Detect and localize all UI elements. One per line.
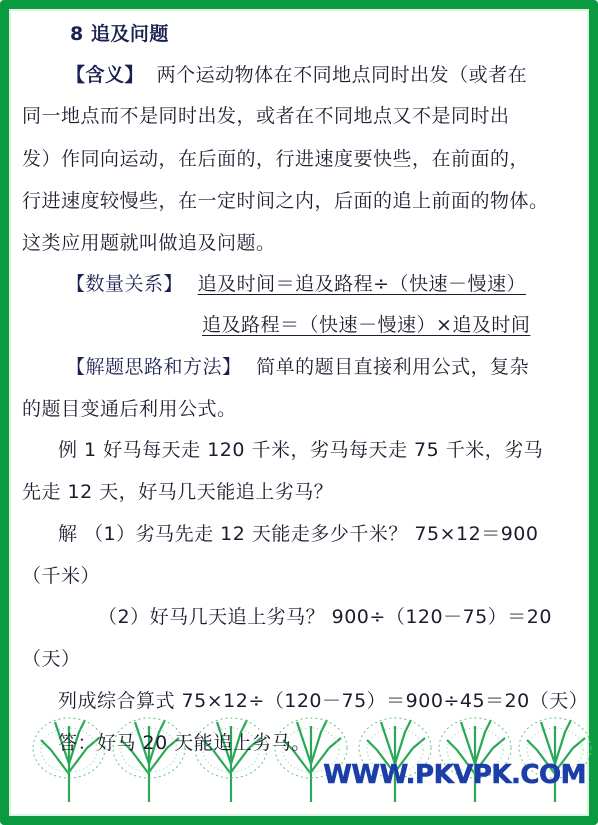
example-line: 先走 12 天，好马几天能追上劣马？ [22, 480, 333, 504]
solution-step-2-unit: （天） [22, 647, 81, 671]
tree-icon [191, 712, 271, 802]
relations-first-line: 【数量关系】 追及时间＝追及路程÷（快速－慢速） [66, 272, 526, 296]
definition-line: 行进速度较慢些，在一定时间之内，后面的追上前面的物体。 [22, 189, 549, 213]
tree-icon [29, 712, 109, 802]
definition-line: 发）作同向运动，在后面的，行进速度要快些，在前面的， [22, 147, 529, 171]
method-line: 的题目变通后利用公式。 [22, 397, 237, 421]
definition-line: 这类应用题就叫做追及问题。 [22, 231, 276, 255]
definition-line: 同一地点而不是同时出发，或者在不同地点又不是同时出 [22, 104, 510, 128]
formula-chase-time: 追及时间＝追及路程÷（快速－慢速） [198, 273, 526, 295]
example-line: 例 1 好马每天走 120 千米，劣马每天走 75 千米，劣马 [58, 438, 543, 462]
relations-label: 【数量关系】 [66, 273, 183, 295]
solution-step-1: 解 （1）劣马先走 12 天能走多少千米？ 75×12＝900 [58, 522, 538, 546]
answer: 答：好马 20 天能追上劣马。 [58, 731, 311, 755]
tree-icon [109, 712, 189, 802]
definition-text: 两个运动物体在不同地点同时出发（或者在 [157, 64, 528, 86]
combined-formula: 列成综合算式 75×12÷（120－75）＝900÷45＝20（天） [58, 689, 588, 713]
site-watermark: WWW.PKVPK.COM [323, 760, 586, 790]
solution-step-2: （2）好马几天追上劣马？ 900÷（120－75）＝20 [98, 605, 552, 629]
formula-chase-distance: 追及路程＝（快速－慢速）×追及时间 [202, 313, 530, 337]
definition-label: 【含义】 [66, 64, 144, 86]
method-text: 简单的题目直接利用公式，复杂 [256, 356, 529, 378]
definition-first-line: 【含义】 两个运动物体在不同地点同时出发（或者在 [66, 63, 527, 87]
method-first-line: 【解题思路和方法】 简单的题目直接利用公式，复杂 [66, 355, 529, 379]
page-title: 8 追及问题 [70, 22, 169, 46]
solution-step-1-unit: （千米） [22, 564, 100, 588]
method-label: 【解题思路和方法】 [66, 356, 242, 378]
